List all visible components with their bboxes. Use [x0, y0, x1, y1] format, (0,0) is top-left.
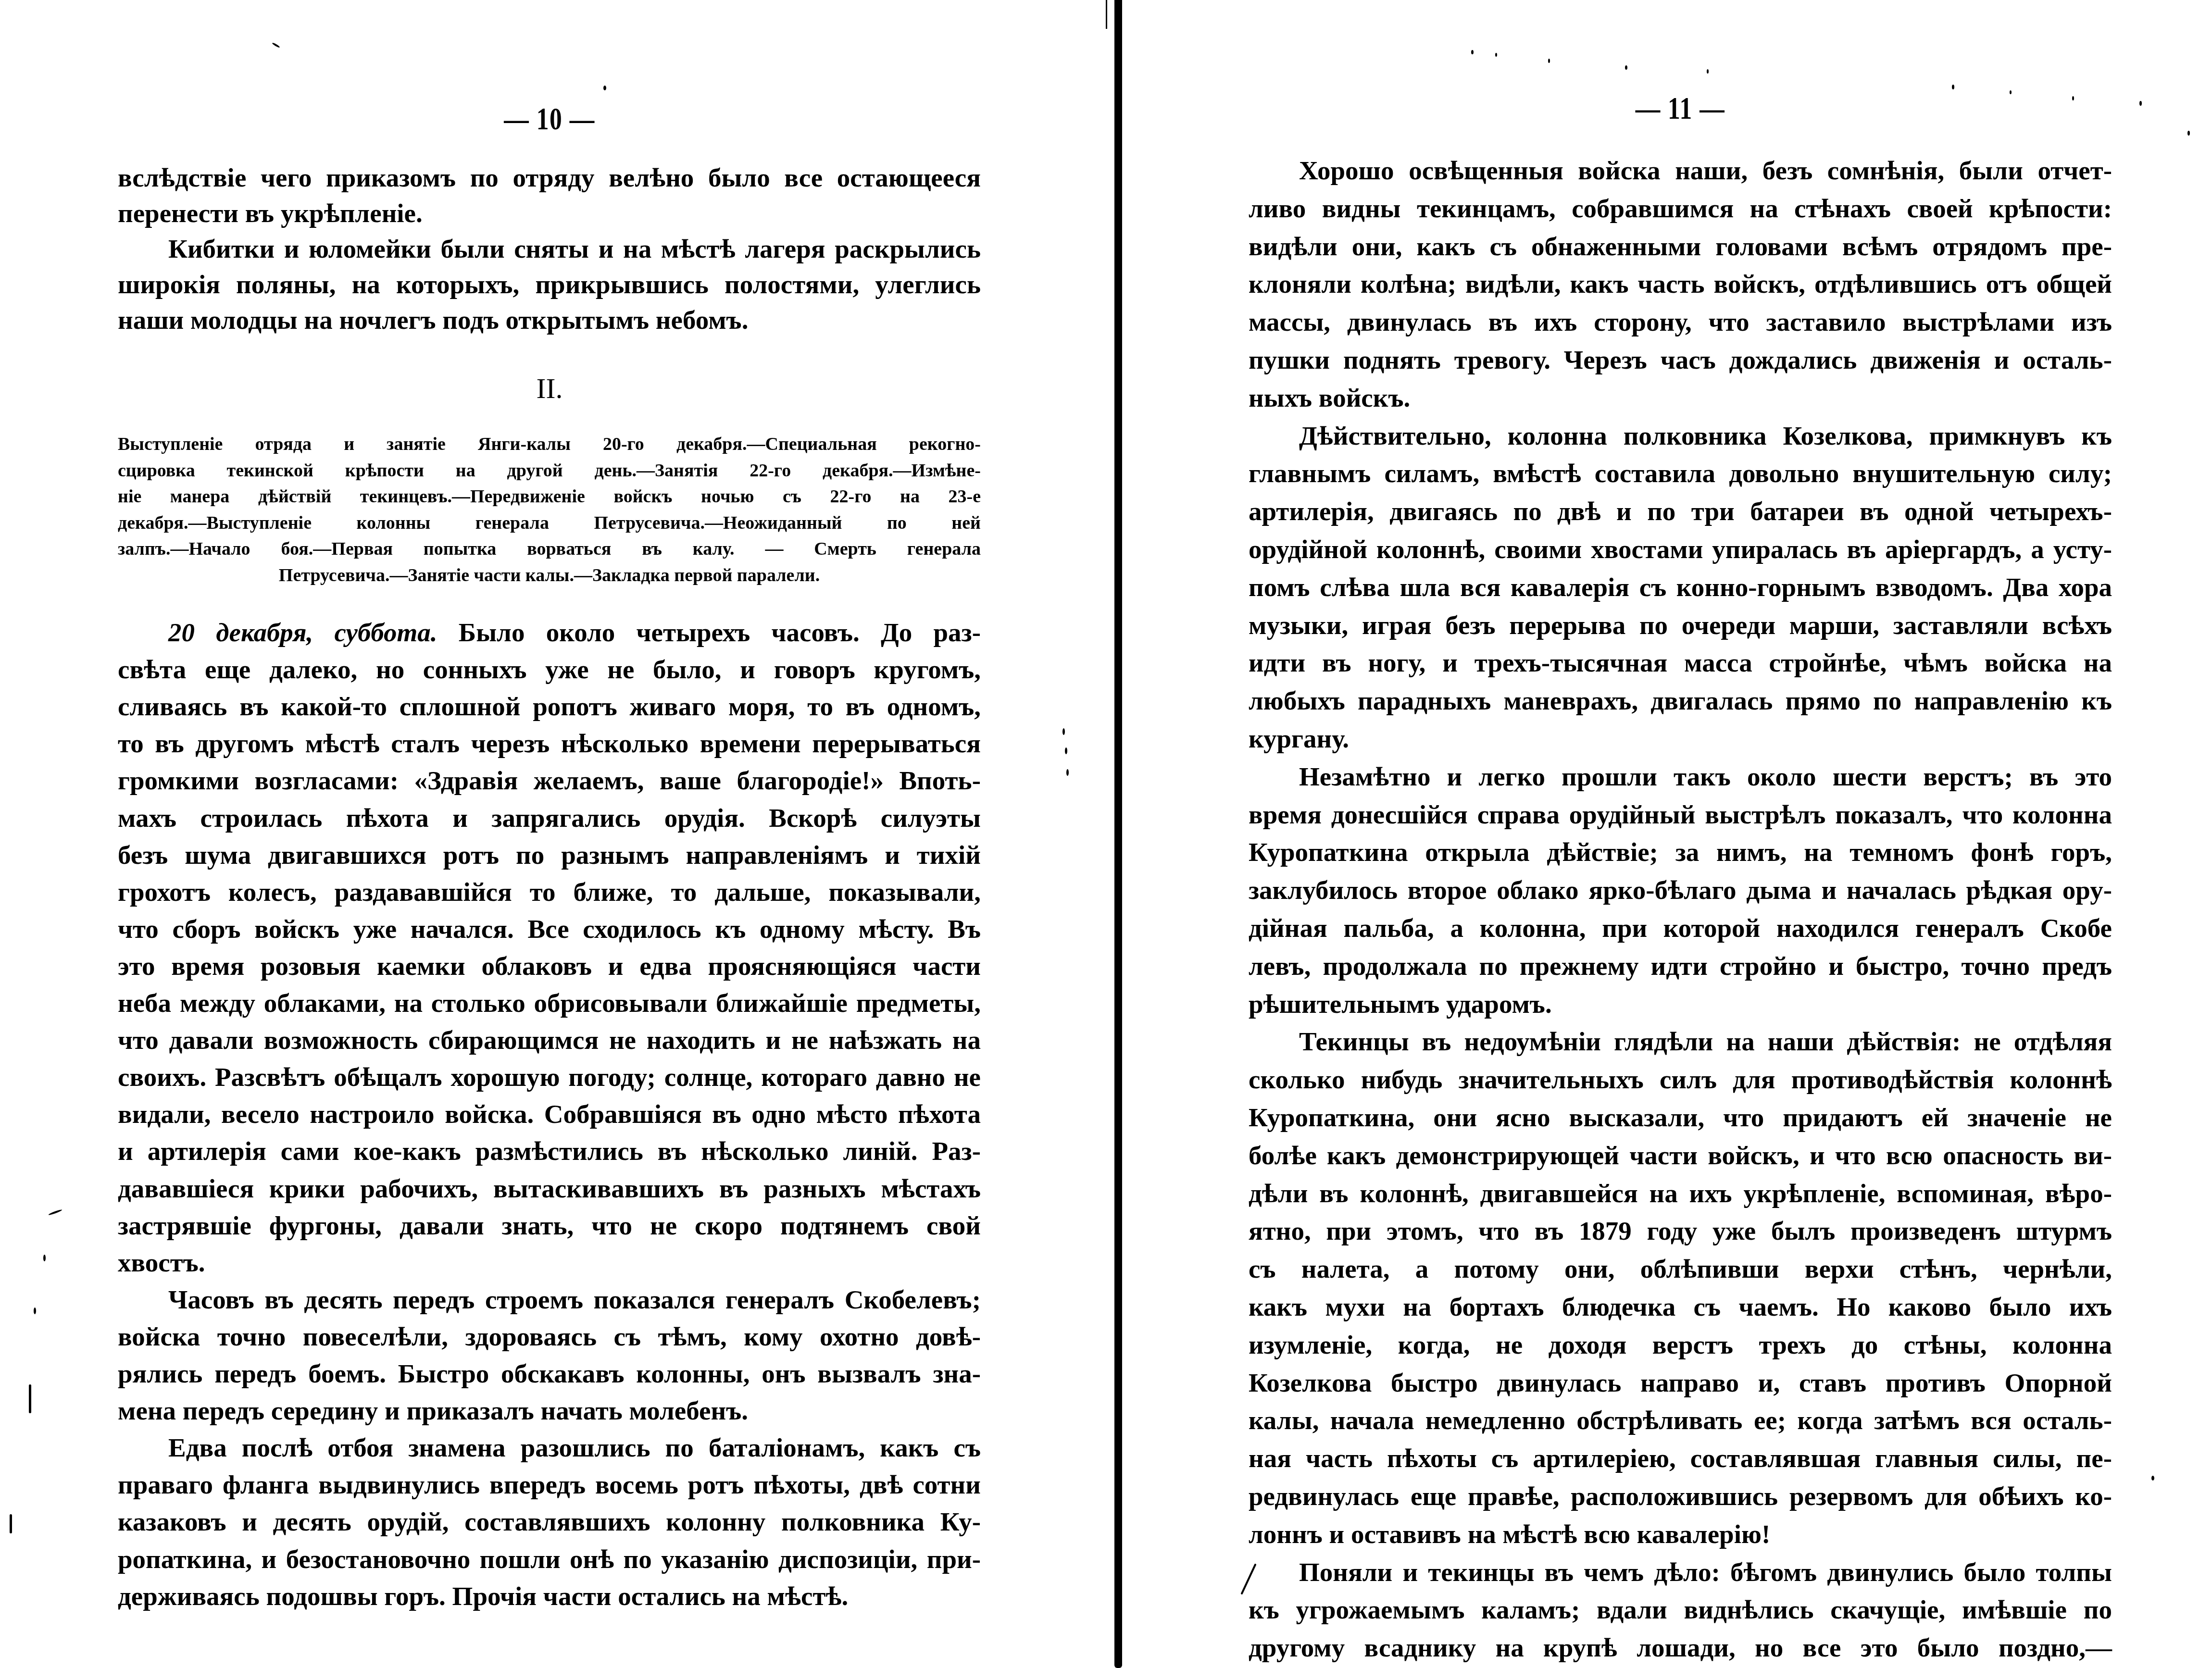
scan-speck: [2010, 90, 2012, 94]
body-text-line: казаковъ и десять орудій, составлявшихъ …: [118, 1503, 981, 1541]
body-text-line: видѣли они, какъ съ обнаженными головами…: [1249, 228, 2112, 265]
scan-speck: [34, 1307, 36, 1314]
body-text-line: ныхъ войскъ.: [1249, 379, 2112, 417]
body-text-line: дійная пальба, а колонна, при которой на…: [1249, 909, 2112, 947]
body-text-line: Хорошо освѣщенныя войска наши, безъ сомн…: [1299, 152, 2112, 189]
body-text-line: массы, двинулась въ ихъ сторону, что зас…: [1249, 303, 2112, 341]
page-number: — 11 —: [1636, 90, 1725, 127]
body-text-line: Часовъ въ десять передъ строемъ показалс…: [168, 1281, 981, 1319]
chapter-summary-line: Выступленіе отряда и занятіе Янги-калы 2…: [118, 431, 981, 457]
body-text-line: музыки, играя безъ перерыва по очереди м…: [1249, 607, 2112, 644]
body-text-line: неба между облаками, на столько обрисовы…: [118, 984, 981, 1022]
scan-speck: [1548, 59, 1550, 63]
body-text-line: это время розовыя каемки облаковъ и едва…: [118, 947, 981, 985]
body-text-line: другому всаднику на крупѣ лошади, но все…: [1249, 1629, 2112, 1667]
body-text-line: къ угрожаемымъ каламъ; вдали виднѣлись с…: [1249, 1591, 2112, 1629]
body-text-line: что давали возможность сбирающимся не на…: [118, 1021, 981, 1059]
body-text-line: 20 декабря, суббота. Было около четырехъ…: [168, 614, 981, 651]
body-text-line: Козелкова быстро двинулась направо и, ст…: [1249, 1364, 2112, 1402]
body-text-line: праваго фланга выдвинулись впередъ восем…: [118, 1466, 981, 1504]
body-text-line: наши молодцы на ночлегъ подъ открытымъ н…: [118, 301, 981, 339]
body-text-line: вслѣдствіе чего приказомъ по отряду велѣ…: [118, 159, 981, 197]
body-text-line: дававшіеся крики рабочихъ, вытаскивавших…: [118, 1170, 981, 1207]
body-text-line: видали, весело настроило войска. Собравш…: [118, 1095, 981, 1133]
body-text-line: ропаткина, и безостановочно пошли онѣ по…: [118, 1541, 981, 1578]
gutter-mark: [1106, 0, 1107, 29]
body-text-line: изумленіе, когда, не доходя верстъ трехъ…: [1249, 1326, 2112, 1364]
body-text-line: перенести въ укрѣпленіе.: [118, 195, 981, 232]
scan-speck: [2072, 96, 2074, 100]
scan-speck: [29, 1384, 31, 1413]
scan-speck: [1065, 747, 1067, 754]
date-lead-italic: 20 декабря, суббота.: [168, 618, 437, 647]
body-text-line: рялись передъ боемъ. Быстро обскакавъ ко…: [118, 1355, 981, 1393]
scan-speck: [1952, 85, 1954, 89]
body-text-line: клоняли колѣна; видѣли, какъ часть войск…: [1249, 265, 2112, 303]
body-text-line: ятно, при этомъ, что въ 1879 году уже бы…: [1249, 1212, 2112, 1250]
body-text-line: любыхъ парадныхъ маневрахъ, двигалась пр…: [1249, 682, 2112, 720]
scan-speck: [272, 42, 280, 48]
chapter-summary-line: сцировка текинской крѣпости на другой де…: [118, 458, 981, 484]
chapter-summary-line: залпъ.—Начало боя.—Первая попытка ворват…: [118, 536, 981, 562]
body-text-line: грохотъ колесъ, раздававшійся то ближе, …: [118, 873, 981, 911]
body-text-line: широкія поляны, на которыхъ, прикрывшись…: [118, 266, 981, 303]
body-text-line: орудійной колоннѣ, своими хвостами упира…: [1249, 531, 2112, 568]
scan-speck: [1066, 769, 1069, 776]
body-text-line: сколько нибудь значительныхъ силъ для пр…: [1249, 1061, 2112, 1098]
body-text-line: своихъ. Разсвѣтъ обѣщалъ хорошую погоду;…: [118, 1058, 981, 1096]
scan-speck: [1495, 53, 1497, 57]
chapter-summary-line: декабря.—Выступленіе колонны генерала Пе…: [118, 510, 981, 536]
body-text-line: что сборъ войскъ уже начался. Все сходил…: [118, 910, 981, 948]
scan-speck: [603, 86, 606, 90]
scan-speck: [1625, 65, 1627, 70]
body-text-line: лоннъ и оставивъ на мѣстѣ всю кавалерію!: [1249, 1516, 2112, 1553]
scan-speck: [48, 1209, 62, 1216]
body-text-line: главнымъ силамъ, вмѣстѣ составила доволь…: [1249, 455, 2112, 492]
book-gutter-line: [1114, 0, 1122, 1668]
scan-speck: [43, 1255, 46, 1261]
body-text-line: артилерія, двигаясь по двѣ и по три бата…: [1249, 493, 2112, 530]
body-text-line: громкими возгласами: «Здравія желаемъ, в…: [118, 762, 981, 799]
body-text-line: калы, начала немедленно обстрѣливать ее;…: [1249, 1402, 2112, 1439]
scan-speck: [2187, 131, 2190, 136]
body-text-line: Куропаткина, они ясно высказали, что при…: [1249, 1099, 2112, 1136]
body-text-line: Поняли и текинцы въ чемъ дѣло: бѣгомъ дв…: [1299, 1554, 2112, 1591]
body-text-line: Текинцы въ недоумѣніи глядѣли на наши дѣ…: [1299, 1023, 2112, 1060]
body-text-line: держиваясь подошвы горъ. Прочія части ос…: [118, 1578, 981, 1615]
body-text-line: редвинулась еще правѣе, расположившись р…: [1249, 1478, 2112, 1515]
body-text-line: сливаясь въ какой-то сплошной ропотъ жив…: [118, 688, 981, 725]
scan-speck: [1240, 1563, 1256, 1594]
body-text-line: хвостъ.: [118, 1244, 981, 1282]
body-text-line: ная часть пѣхоты съ артилеріею, составля…: [1249, 1440, 2112, 1477]
body-text-line: ливо видны текинцамъ, собравшимся на стѣ…: [1249, 190, 2112, 227]
body-text-line: Незамѣтно и легко прошли такъ около шест…: [1299, 758, 2112, 796]
body-text-line: рѣшительнымъ ударомъ.: [1249, 985, 2112, 1023]
chapter-summary-line: Петрусевича.—Занятіе части калы.—Закладк…: [175, 562, 923, 588]
body-text-line: свѣта еще далеко, но сонныхъ уже не было…: [118, 651, 981, 688]
book-spread: — 10 — вслѣдствіе чего приказомъ по отря…: [0, 0, 2212, 1668]
body-text-line: войска точно повеселѣли, здороваясь съ т…: [118, 1318, 981, 1356]
scan-speck: [1062, 728, 1065, 735]
body-text-line: Кибитки и юломейки были сняты и на мѣстѣ…: [168, 230, 981, 268]
body-text-line: кургану.: [1249, 720, 2112, 758]
body-text-line: Куропаткина открыла дѣйствіе; за нимъ, н…: [1249, 834, 2112, 871]
scan-speck: [1707, 69, 1709, 74]
body-text-line: Дѣйствительно, колонна полковника Козелк…: [1299, 417, 2112, 455]
body-text-line: махъ строилась пѣхота и запрягались оруд…: [118, 799, 981, 837]
scan-speck: [2139, 101, 2142, 106]
body-text-line: заклубилось второе облако ярко-бѣлаго ды…: [1249, 871, 2112, 909]
body-text-line: Едва послѣ отбоя знамена разошлись по ба…: [168, 1429, 981, 1467]
body-text-line: помъ слѣва шла вся кавалерія съ конно-го…: [1249, 569, 2112, 606]
line-rest: Было около четырехъ часовъ. До раз-: [437, 618, 981, 647]
body-text-line: идти въ ногу, и трехъ-тысячная масса стр…: [1249, 644, 2112, 682]
body-text-line: дѣли въ колоннѣ, двигавшейся на ихъ укрѣ…: [1249, 1175, 2112, 1212]
scan-speck: [1471, 50, 1474, 54]
scan-speck: [2151, 1476, 2154, 1481]
body-text-line: левъ, продолжала по прежнему идти стройн…: [1249, 947, 2112, 985]
body-text-line: время донесшійся справа орудійный выстрѣ…: [1249, 796, 2112, 834]
chapter-summary-line: ніе манера дѣйствій текинцевъ.—Передвиже…: [118, 484, 981, 510]
body-text-line: пушки поднять тревогу. Черезъ часъ дожда…: [1249, 341, 2112, 379]
body-text-line: болѣе какъ демонстрирующей части войскъ,…: [1249, 1137, 2112, 1174]
page-number: — 10 —: [504, 101, 595, 137]
body-text-line: съ налета, а потому они, облѣпивши верхи…: [1249, 1250, 2112, 1288]
body-text-line: мена передъ середину и приказалъ начать …: [118, 1392, 981, 1430]
chapter-heading: II.: [537, 372, 563, 405]
body-text-line: какъ мухи на бортахъ блюдечка съ чаемъ. …: [1249, 1288, 2112, 1326]
body-text-line: застрявшіе фургоны, давали знать, что не…: [118, 1207, 981, 1245]
body-text-line: то въ другомъ мѣстѣ сталъ черезъ нѣсколь…: [118, 725, 981, 762]
body-text-line: и артилерія сами кое-какъ размѣстились в…: [118, 1133, 981, 1170]
body-text-line: безъ шума двигавшихся ротъ по разнымъ на…: [118, 836, 981, 874]
scan-speck: [10, 1514, 12, 1533]
